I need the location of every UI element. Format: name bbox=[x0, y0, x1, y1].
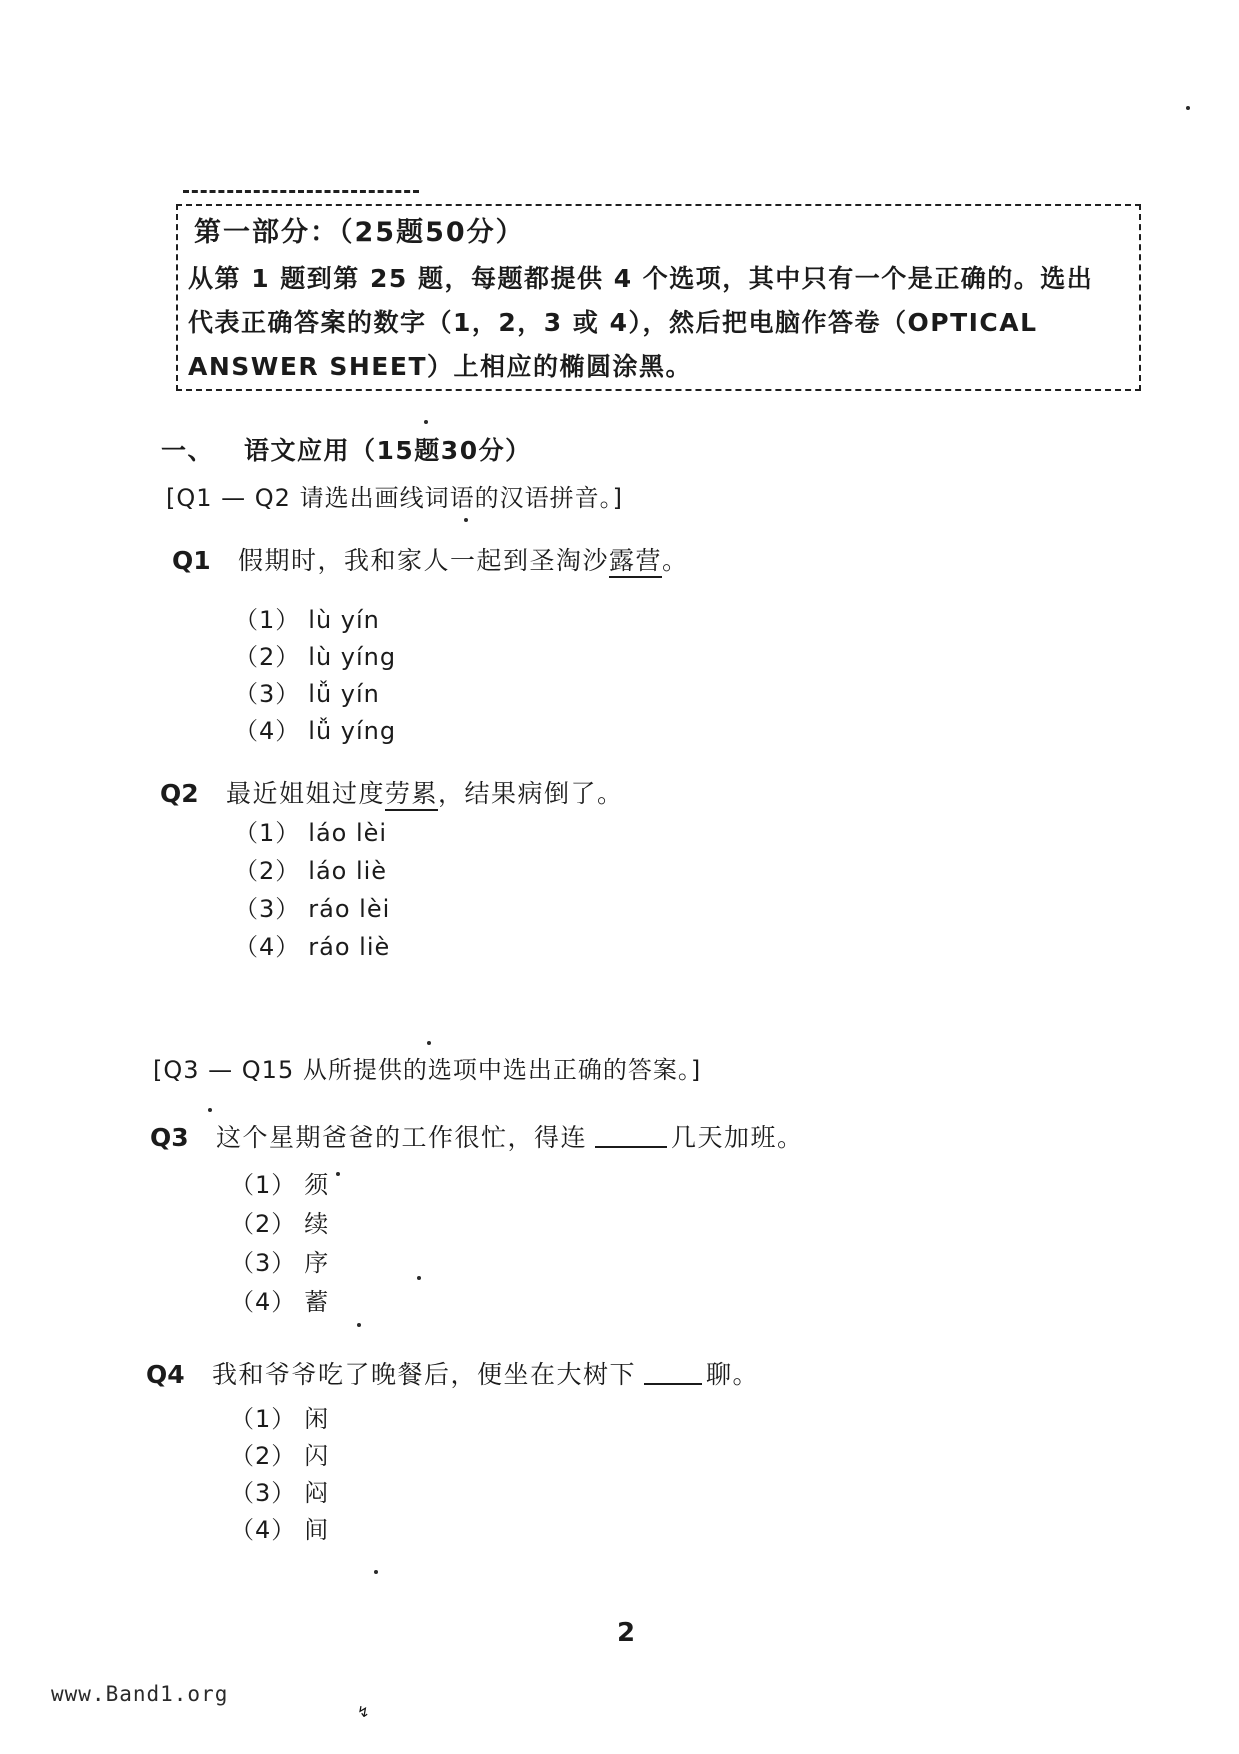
q2-option-1-text: láo lèi bbox=[308, 819, 387, 847]
q2-stem: 最近姐姐过度劳累，结果病倒了。 bbox=[226, 779, 624, 811]
q1-option-3-text: lǚ yín bbox=[308, 680, 380, 708]
q2-option-1-number: （1） bbox=[234, 819, 300, 847]
q2-option-1: （1）láo lèi bbox=[234, 813, 390, 851]
q4-option-1: （1）闲 bbox=[230, 1399, 329, 1436]
q1-label: Q1 bbox=[172, 546, 238, 575]
q3-option-4: （4）蓄 bbox=[230, 1282, 329, 1321]
q4-option-4: （4）间 bbox=[230, 1510, 329, 1547]
q3-option-2: （2）续 bbox=[230, 1204, 329, 1243]
q1-options: （1）lù yín （2）lù yíng （3）lǚ yín （4）lǚ yín… bbox=[234, 600, 396, 748]
scan-speck bbox=[374, 1570, 378, 1574]
q3-option-4-number: （4） bbox=[230, 1288, 296, 1316]
q1-option-2-number: （2） bbox=[234, 643, 300, 671]
q4-options: （1）闲 （2）闪 （3）闷 （4）间 bbox=[230, 1399, 329, 1547]
watermark-url: www.Band1.org bbox=[51, 1682, 228, 1706]
q1-option-1: （1）lù yín bbox=[234, 600, 396, 637]
q1-option-1-number: （1） bbox=[234, 606, 300, 634]
q4-option-3-number: （3） bbox=[230, 1479, 296, 1507]
q1-underlined-word: 露营 bbox=[609, 546, 662, 578]
q3-option-3-text: 序 bbox=[304, 1249, 329, 1277]
q1-stem-text: 假期时，我和家人一起到圣淘沙 bbox=[238, 546, 609, 575]
q1-option-4: （4）lǚ yíng bbox=[234, 711, 396, 748]
q1-option-1-text: lù yín bbox=[308, 606, 380, 634]
q3-option-3-number: （3） bbox=[230, 1249, 296, 1277]
question-q4: Q4我和爷爷吃了晚餐后，便坐在大树下聊。 bbox=[146, 1355, 759, 1391]
q2-stem-text: 最近姐姐过度 bbox=[226, 779, 385, 808]
question-q1: Q1假期时，我和家人一起到圣淘沙露营。 bbox=[172, 541, 689, 577]
q1-option-3-number: （3） bbox=[234, 680, 300, 708]
q3-option-3: （3）序 bbox=[230, 1243, 329, 1282]
q2-option-2-number: （2） bbox=[234, 857, 300, 885]
q3-stem: 这个星期爸爸的工作很忙，得连几天加班。 bbox=[216, 1123, 804, 1152]
q4-option-4-number: （4） bbox=[230, 1516, 296, 1544]
q3-option-1: （1）须 bbox=[230, 1165, 329, 1204]
q2-option-4: （4）ráo liè bbox=[234, 927, 390, 965]
q4-option-2-text: 闪 bbox=[304, 1442, 329, 1470]
scan-speck bbox=[417, 1276, 421, 1280]
page-number: 2 bbox=[617, 1618, 635, 1648]
q3-option-1-text: 须 bbox=[304, 1171, 329, 1199]
scan-speck bbox=[336, 1172, 340, 1176]
q1-option-2-text: lù yíng bbox=[308, 643, 396, 671]
header-box-title: 第一部分：（25题50分） bbox=[194, 210, 525, 249]
q4-stem-end: 聊。 bbox=[706, 1360, 759, 1389]
q3-option-2-text: 续 bbox=[304, 1210, 329, 1238]
q4-stem-text: 我和爷爷吃了晚餐后，便坐在大树下 bbox=[212, 1360, 636, 1389]
q4-option-1-text: 闲 bbox=[304, 1405, 329, 1433]
q2-options: （1）láo lèi （2）láo liè （3）ráo lèi （4）ráo … bbox=[234, 813, 390, 965]
scan-dash-artifact bbox=[183, 190, 419, 193]
scan-speck bbox=[427, 1041, 431, 1045]
q3-stem-text: 这个星期爸爸的工作很忙，得连 bbox=[216, 1123, 587, 1152]
q2-option-3: （3）ráo lèi bbox=[234, 889, 390, 927]
scan-speck bbox=[464, 518, 468, 522]
scan-speck bbox=[424, 420, 428, 424]
q3-options: （1）须 （2）续 （3）序 （4）蓄 bbox=[230, 1165, 329, 1321]
q4-option-4-text: 间 bbox=[304, 1516, 329, 1544]
q1-stem-end: 。 bbox=[662, 546, 689, 575]
question-q3: Q3这个星期爸爸的工作很忙，得连几天加班。 bbox=[150, 1118, 804, 1154]
header-instruction-line-3: ANSWER SHEET）上相应的椭圆涂黑。 bbox=[188, 347, 1135, 383]
q4-fill-in-blank bbox=[644, 1358, 702, 1385]
q3-stem-end: 几天加班。 bbox=[671, 1123, 804, 1152]
scan-speck bbox=[1186, 106, 1190, 110]
q3-fill-in-blank bbox=[595, 1121, 667, 1148]
q1-option-3: （3）lǚ yín bbox=[234, 674, 396, 711]
q1-option-4-number: （4） bbox=[234, 717, 300, 745]
section-title: 语文应用（15题30分） bbox=[244, 436, 532, 465]
q2-option-4-number: （4） bbox=[234, 933, 300, 961]
q4-option-2: （2）闪 bbox=[230, 1436, 329, 1473]
q4-option-2-number: （2） bbox=[230, 1442, 296, 1470]
q2-stem-end: ，结果病倒了。 bbox=[438, 779, 624, 808]
q2-option-2: （2）láo liè bbox=[234, 851, 390, 889]
q4-option-3-text: 闷 bbox=[304, 1479, 329, 1507]
q4-label: Q4 bbox=[146, 1360, 212, 1389]
q4-option-3: （3）闷 bbox=[230, 1473, 329, 1510]
q2-option-3-number: （3） bbox=[234, 895, 300, 923]
q2-option-3-text: ráo lèi bbox=[308, 895, 390, 923]
q3-label: Q3 bbox=[150, 1123, 216, 1152]
instruction-q1-q2: [Q1 — Q2 请选出画线词语的汉语拼音。] bbox=[166, 478, 623, 513]
q2-option-4-text: ráo liè bbox=[308, 933, 390, 961]
q3-option-2-number: （2） bbox=[230, 1210, 296, 1238]
q2-option-2-text: láo liè bbox=[308, 857, 387, 885]
q4-option-1-number: （1） bbox=[230, 1405, 296, 1433]
q1-stem: 假期时，我和家人一起到圣淘沙露营。 bbox=[238, 546, 689, 578]
q2-underlined-word: 劳累 bbox=[385, 779, 438, 811]
scan-squiggle-artifact: ↯ bbox=[357, 1703, 370, 1721]
scan-speck bbox=[208, 1108, 212, 1112]
scan-speck bbox=[357, 1323, 361, 1327]
header-instruction-line-1: 从第 1 题到第 25 题，每题都提供 4 个选项，其中只有一个是正确的。选出 bbox=[188, 259, 1135, 295]
q3-option-4-text: 蓄 bbox=[304, 1288, 329, 1316]
q2-label: Q2 bbox=[160, 779, 226, 808]
question-q2: Q2最近姐姐过度劳累，结果病倒了。 bbox=[160, 774, 624, 810]
q4-stem: 我和爷爷吃了晚餐后，便坐在大树下聊。 bbox=[212, 1360, 759, 1389]
q1-option-2: （2）lù yíng bbox=[234, 637, 396, 674]
q3-option-1-number: （1） bbox=[230, 1171, 296, 1199]
header-instruction-line-2: 代表正确答案的数字（1，2，3 或 4），然后把电脑作答卷（OPTICAL bbox=[188, 303, 1135, 339]
instruction-q3-q15: [Q3 — Q15 从所提供的选项中选出正确的答案。] bbox=[153, 1050, 701, 1085]
q1-option-4-text: lǚ yíng bbox=[308, 717, 396, 745]
section-number: 一、 bbox=[161, 436, 214, 465]
section-heading: 一、语文应用（15题30分） bbox=[161, 431, 532, 467]
